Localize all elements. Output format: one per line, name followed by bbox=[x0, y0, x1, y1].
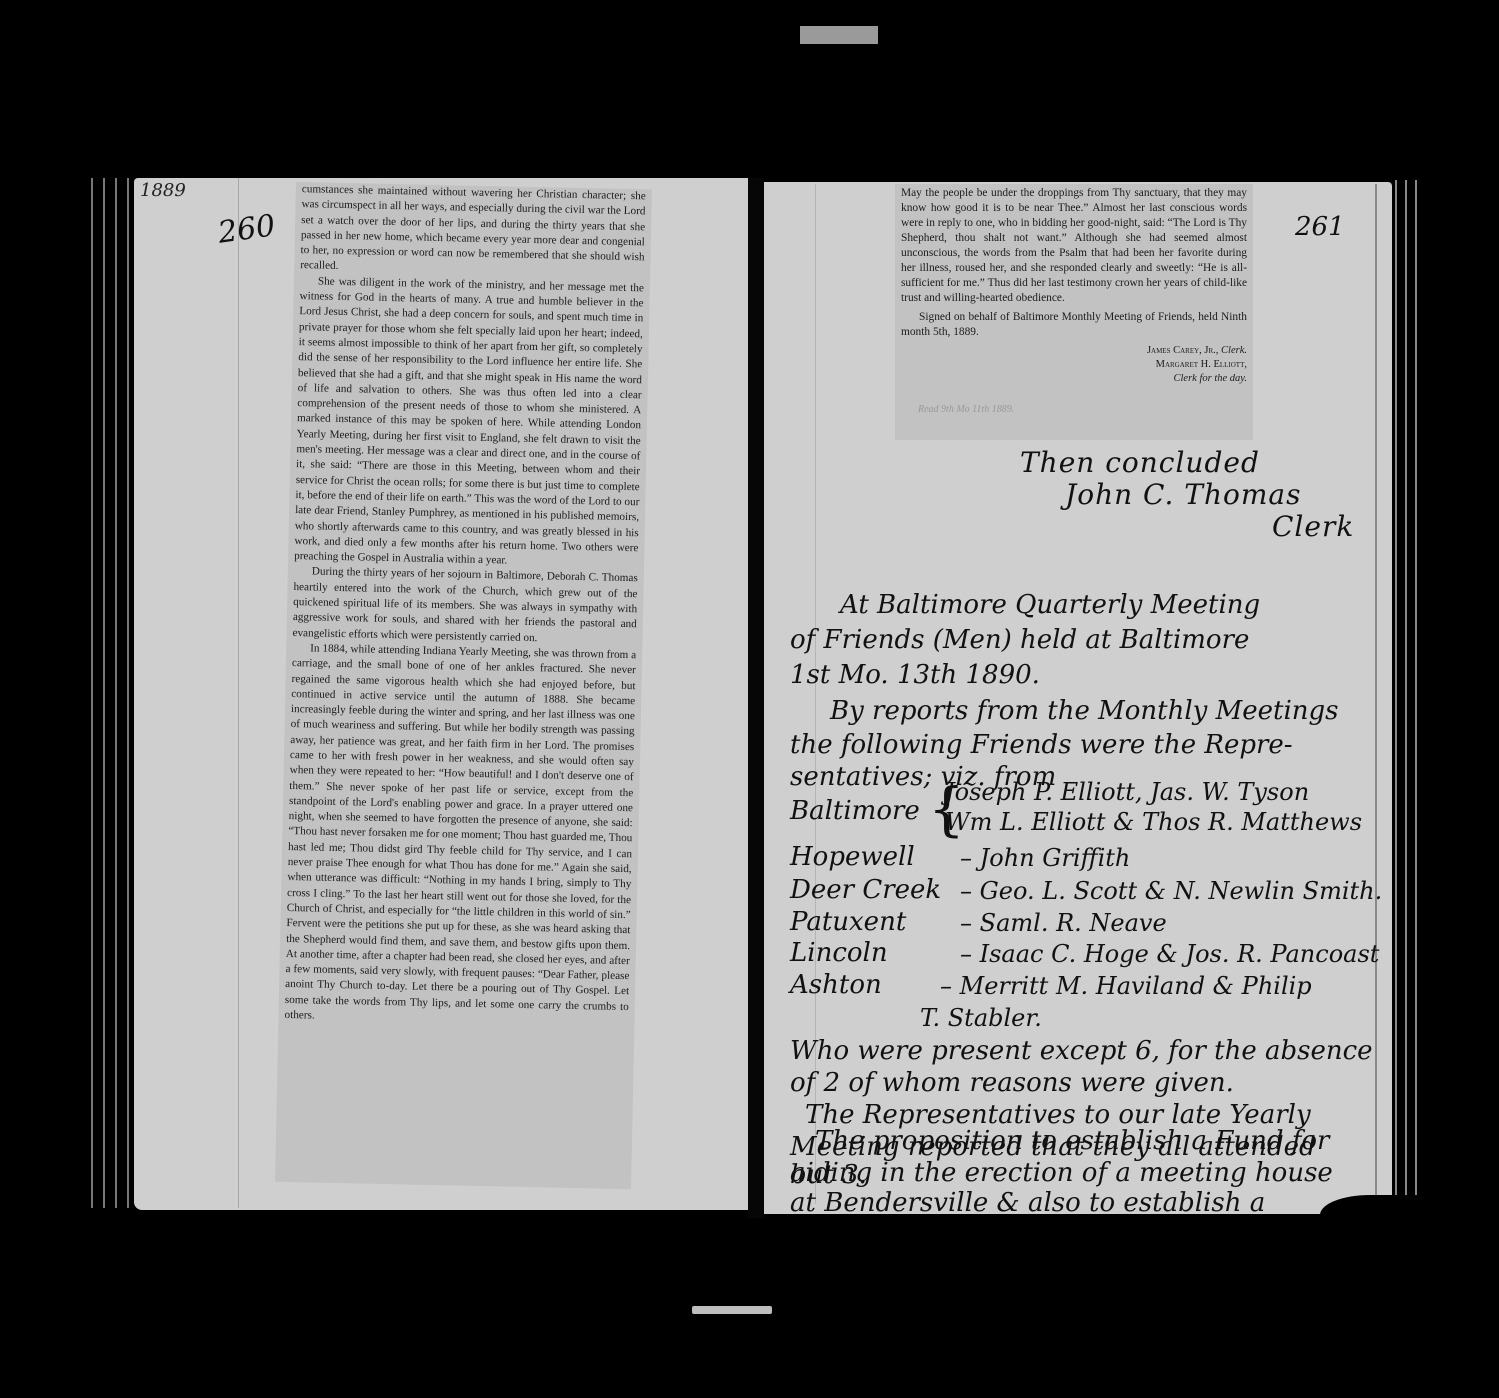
clipping-paragraph: Signed on behalf of Baltimore Monthly Me… bbox=[901, 310, 1247, 340]
attendance-line: Who were present except 6, for the absen… bbox=[790, 1036, 1373, 1066]
book-edge-left bbox=[85, 178, 135, 1208]
minutes-intro-line: By reports from the Monthly Meetings bbox=[830, 696, 1339, 726]
rep-names: – Saml. R. Neave bbox=[960, 909, 1167, 937]
rep-names: Joseph P. Elliott, Jas. W. Tyson bbox=[945, 778, 1309, 806]
minutes-heading-line: At Baltimore Quarterly Meeting bbox=[840, 590, 1260, 620]
scan-tab-top bbox=[800, 26, 878, 44]
signature-block: James Carey, Jr., Clerk. Margaret H. Ell… bbox=[901, 344, 1247, 386]
rep-names: – Merritt M. Haviland & Philip bbox=[940, 972, 1312, 1000]
closing-clerk-name: John C. Thomas bbox=[1065, 478, 1301, 511]
rep-meeting-deer-creek: Deer Creek bbox=[790, 875, 941, 905]
minutes-heading-line: 1st Mo. 13th 1890. bbox=[790, 660, 1040, 690]
clipping-paragraph: During the thirty years of her sojourn i… bbox=[292, 564, 638, 648]
proposition-line: at Bendersville & also to establish a bbox=[790, 1188, 1265, 1218]
rep-names: Wm L. Elliott & Thos R. Matthews bbox=[945, 808, 1362, 836]
scan-tab-bottom bbox=[692, 1306, 772, 1314]
signer-role: Clerk for the day. bbox=[1174, 373, 1248, 384]
closing-clerk-title: Clerk bbox=[1272, 510, 1354, 543]
clipping-paragraph: In 1884, while attending Indiana Yearly … bbox=[284, 641, 636, 1031]
newspaper-clipping-left: cumstances she maintained without waveri… bbox=[275, 182, 652, 1189]
signer-name: Margaret H. Elliott, bbox=[1156, 359, 1247, 370]
signer-role: Clerk. bbox=[1221, 345, 1247, 356]
clipping-paragraph: May the people be under the droppings fr… bbox=[901, 186, 1247, 306]
page-number-right: 261 bbox=[1295, 212, 1345, 242]
rep-names: – John Griffith bbox=[960, 844, 1130, 872]
clipping-paragraph: She was diligent in the work of the mini… bbox=[294, 274, 644, 572]
book-edge-right bbox=[1390, 180, 1418, 1210]
attendance-line: of 2 of whom reasons were given. bbox=[790, 1068, 1234, 1098]
rep-meeting-baltimore: Baltimore bbox=[790, 796, 920, 826]
pencil-annotation: Read 9th Mo 11th 1889. bbox=[918, 404, 1014, 415]
book-spine bbox=[748, 178, 764, 1218]
margin-rule-left bbox=[238, 178, 239, 1208]
minutes-intro-line: the following Friends were the Repre- bbox=[790, 730, 1293, 760]
signer-name: James Carey, Jr., bbox=[1147, 345, 1218, 356]
newspaper-clipping-right: May the people be under the droppings fr… bbox=[895, 184, 1253, 440]
year-note: 1889 bbox=[140, 180, 186, 201]
page-corner-shadow bbox=[1320, 1195, 1420, 1235]
proposition-line: The proposition to establish a Fund for bbox=[815, 1126, 1329, 1156]
proposition-line: aiding in the erection of a meeting hous… bbox=[790, 1158, 1333, 1188]
rep-names: – Isaac C. Hoge & Jos. R. Pancoast bbox=[960, 940, 1379, 968]
rep-meeting-hopewell: Hopewell bbox=[790, 842, 915, 872]
clipping-paragraph: cumstances she maintained without waveri… bbox=[300, 182, 646, 281]
rep-meeting-ashton: Ashton bbox=[790, 970, 882, 1000]
minutes-heading-line: of Friends (Men) held at Baltimore bbox=[790, 625, 1249, 655]
margin-rule-right bbox=[1375, 184, 1377, 1204]
rep-names: – Geo. L. Scott & N. Newlin Smith. bbox=[960, 877, 1382, 905]
rep-meeting-lincoln: Lincoln bbox=[790, 938, 888, 968]
rep-meeting-patuxent: Patuxent bbox=[790, 907, 906, 937]
rep-names: T. Stabler. bbox=[920, 1004, 1042, 1032]
closing-line: Then concluded bbox=[1020, 446, 1260, 479]
